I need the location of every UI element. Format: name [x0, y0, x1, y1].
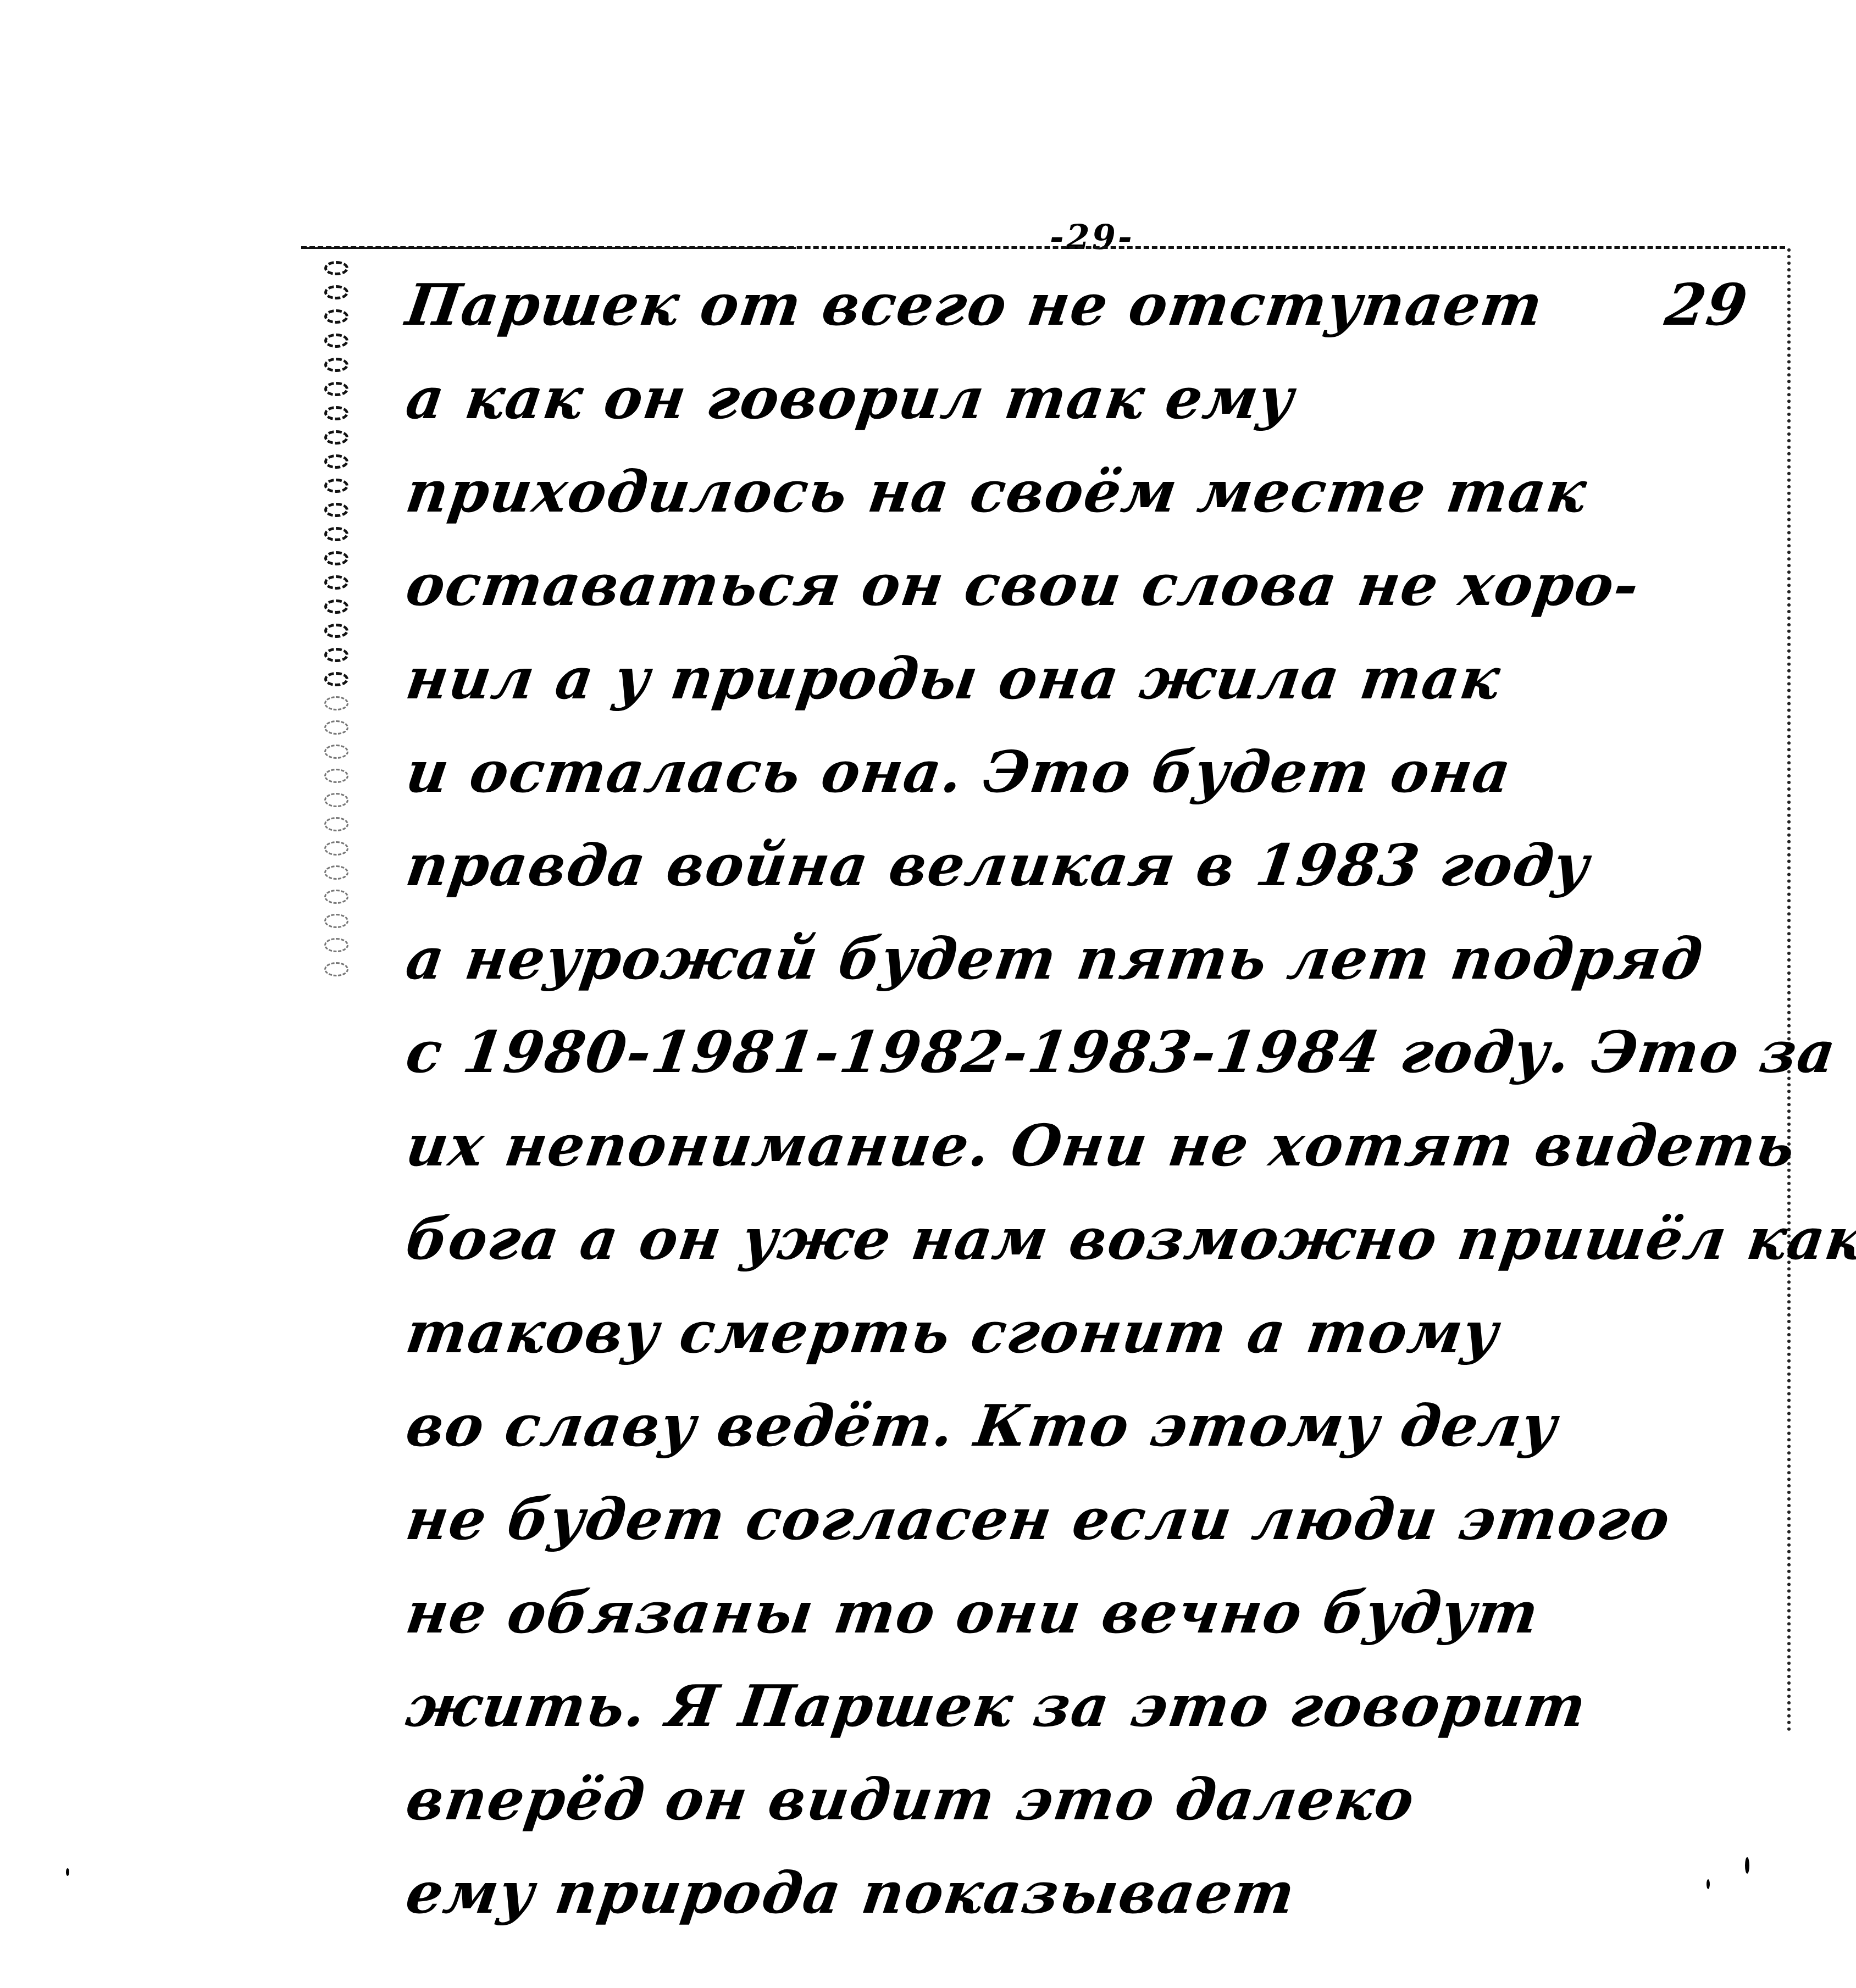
- perforation-hole: [324, 358, 348, 372]
- perforation-hole: [324, 382, 348, 396]
- text-line: бога а он уже нам возможно пришёл как: [400, 1192, 1787, 1286]
- perforation-hole: [324, 648, 348, 662]
- perforation-hole: [324, 527, 348, 541]
- perforation-hole: [324, 575, 348, 590]
- text-line: не обязаны то они вечно будут: [400, 1566, 1787, 1659]
- page-number-margin: 29: [1659, 258, 1754, 352]
- text-line: оставаться он свои слова не хоро-: [400, 538, 1787, 632]
- text-line: не будет согласен если люди этого: [400, 1473, 1787, 1566]
- perforation-hole: [324, 841, 348, 856]
- perforation-hole: [324, 430, 348, 445]
- perforation-hole: [324, 261, 348, 275]
- perforation-hole: [324, 914, 348, 928]
- text-line: нил а у природы она жила так: [400, 632, 1787, 725]
- text-line: и осталась она. Это будет она: [400, 725, 1787, 819]
- perforation-hole: [324, 503, 348, 517]
- perforation-hole: [324, 793, 348, 807]
- perforation-hole: [324, 406, 348, 420]
- handwritten-text-body: Паршек от всего не отступает 29 а как он…: [407, 258, 1781, 1940]
- text-line: Паршек от всего не отступает 29: [400, 258, 1787, 352]
- text-line: вперёд он видит это далеко: [400, 1753, 1787, 1846]
- text-line: во славу ведёт. Кто этому делу: [400, 1379, 1787, 1473]
- perforation-hole: [324, 817, 348, 831]
- ink-speck: [1707, 1879, 1710, 1889]
- ink-speck: [66, 1868, 69, 1876]
- right-border-rule: [1787, 248, 1791, 1732]
- perforation-hole: [324, 962, 348, 976]
- perforation-hole: [324, 890, 348, 904]
- text-line: а как он говорил так ему: [400, 352, 1787, 445]
- text-line: а неурожай будет пять лет подряд: [400, 912, 1787, 1006]
- text-line: приходилось на своём месте так: [400, 445, 1787, 538]
- text-line: такову смерть сгонит а тому: [400, 1286, 1787, 1379]
- ink-speck: [1745, 1857, 1749, 1874]
- perforation-hole: [324, 696, 348, 710]
- perforation-hole: [324, 624, 348, 638]
- text-line: с 1980-1981-1982-1983-1984 году. Это за: [400, 1006, 1787, 1099]
- text-line: их непонимание. Они не хотят видеть: [400, 1099, 1787, 1192]
- perforation-hole: [324, 769, 348, 783]
- perforation-hole: [324, 938, 348, 952]
- text-line-content: Паршек от всего не отступает: [402, 271, 1547, 338]
- perforation-hole: [324, 551, 348, 565]
- perforation-hole: [324, 285, 348, 299]
- page-number-header: -29-: [1050, 217, 1134, 257]
- perforation-hole: [324, 720, 348, 735]
- perforation-hole: [324, 334, 348, 348]
- perforation-hole: [324, 599, 348, 614]
- perforation-hole: [324, 672, 348, 686]
- perforation-hole: [324, 454, 348, 469]
- text-line: жить. Я Паршек за это говорит: [400, 1659, 1787, 1753]
- top-border-rule-solid: [301, 247, 796, 249]
- perforation-hole: [324, 479, 348, 493]
- perforation-hole: [324, 865, 348, 880]
- text-line: правда война великая в 1983 году: [400, 819, 1787, 912]
- perforation-holes: [324, 261, 368, 986]
- perforation-hole: [324, 745, 348, 759]
- perforation-hole: [324, 309, 348, 324]
- text-line: ему природа показывает: [400, 1846, 1787, 1940]
